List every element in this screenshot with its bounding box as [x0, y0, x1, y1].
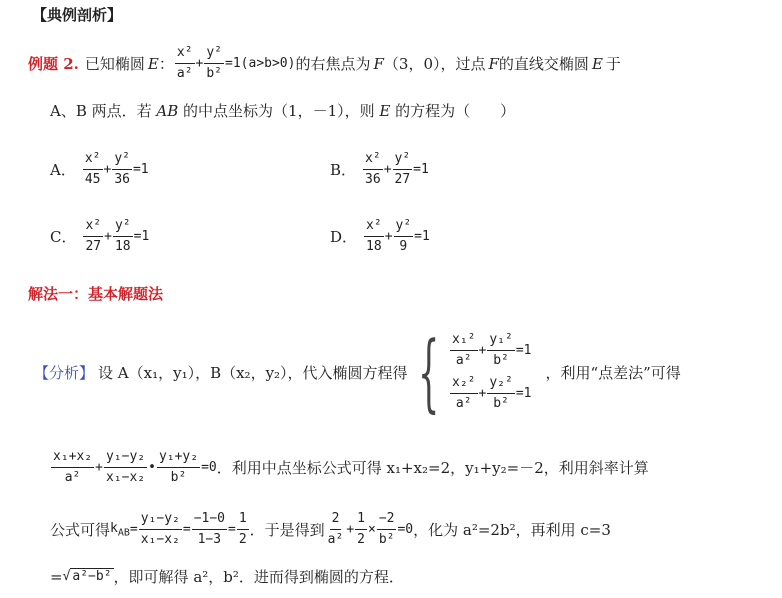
var-E: E [379, 102, 390, 120]
num: −2 [377, 510, 397, 530]
den: b² [204, 64, 224, 83]
den: a² [454, 351, 474, 370]
plus: + [346, 522, 354, 537]
num: x₁+x₂ [51, 448, 94, 468]
var-E: E [592, 55, 603, 73]
rhs: =1 [133, 162, 149, 177]
text: ，利用“点差法”可得 [545, 362, 680, 383]
rhs: =1 [516, 386, 532, 401]
rhs: =1 [414, 229, 430, 244]
k: k [110, 521, 118, 536]
num: y₂² [487, 374, 514, 394]
brace-icon: { [418, 330, 439, 414]
analysis-line-3: 公式可得 kAB = y₁−y₂x₁−x₂ = −1−01−3 = 12 ．于是… [50, 510, 611, 549]
plus: + [196, 56, 204, 71]
text: 于 [606, 53, 621, 74]
text: 的中点坐标为（1，－1），则 [183, 102, 375, 120]
text: 已知椭圆 [85, 53, 145, 74]
text: ： [159, 53, 174, 74]
den: 2 [355, 530, 367, 549]
example-line-2: A、B 两点．若 AB 的中点坐标为（1，－1），则 E 的方程为（ ） [50, 100, 515, 121]
num: y₁+y₂ [157, 448, 200, 468]
num: y₁² [487, 331, 514, 351]
option-a[interactable]: A． x²45+ y²36 =1 [50, 150, 149, 189]
num: x² [175, 44, 195, 64]
equation-system: x₁²a²+ y₁²b² =1 x₂²a²+ y₂²b² =1 [449, 331, 531, 413]
num: y² [113, 217, 133, 237]
text: （3，0），过点 [384, 53, 486, 74]
rhs: =1 [134, 229, 150, 244]
option-label: C． [50, 226, 76, 247]
option-b[interactable]: B． x²36+ y²27 =1 [330, 150, 429, 189]
option-label: D． [330, 226, 357, 247]
rhs: =1 [516, 343, 532, 358]
analysis-line-2: x₁+x₂a²+ y₁−y₂x₁−x₂• y₁+y₂b² =0 ．利用中点坐标公… [50, 448, 649, 487]
option-d[interactable]: D． x²18+ y²9 =1 [330, 217, 430, 256]
radicand: a²−b² [70, 568, 113, 584]
num: x² [363, 150, 383, 170]
example-label: 例题 2. [28, 53, 79, 74]
example-line-1: 例题 2. 已知椭圆 E ： x²a² + y²b² =1(a>b>0) 的右焦… [28, 44, 621, 83]
var-E: E [148, 55, 159, 73]
den: x₁−x₂ [139, 530, 182, 549]
eq: = [130, 522, 138, 537]
section-title: 【典例剖析】 [32, 4, 122, 25]
method-title: 解法一：基本解题法 [28, 283, 163, 304]
num: 1 [237, 510, 249, 530]
den: 18 [113, 237, 133, 256]
den: 18 [364, 237, 384, 256]
num: y² [394, 217, 414, 237]
den: 9 [397, 237, 409, 256]
num: y₁−y₂ [139, 510, 182, 530]
num: 1 [355, 510, 367, 530]
k-sub: AB [118, 527, 130, 538]
den: a² [175, 64, 195, 83]
text: 公式可得 [50, 519, 110, 540]
num: 2 [330, 510, 342, 530]
text: ．于是得到 [250, 519, 325, 540]
den: b² [491, 351, 511, 370]
eq: = [228, 522, 236, 537]
times: × [368, 522, 376, 537]
num: x₂² [450, 374, 477, 394]
text: 的方程为（ ） [395, 102, 515, 120]
num: y₁−y₂ [104, 448, 147, 468]
analysis-line-4: = √a²−b² ，即可解得 a²，b²．进而得到椭圆的方程． [50, 566, 404, 587]
text: A、B 两点．若 [50, 102, 152, 120]
den: 36 [112, 170, 132, 189]
eq: = [50, 568, 63, 586]
den: b² [377, 530, 397, 549]
rhs: =1 [413, 162, 429, 177]
den: a² [326, 530, 346, 549]
sqrt-icon: √a²−b² [63, 569, 114, 584]
text: ．利用中点坐标公式可得 x₁+x₂=2，y₁+y₂=－2，利用斜率计算 [217, 457, 649, 478]
num: y² [393, 150, 413, 170]
den: 1−3 [196, 530, 223, 549]
den: 2 [237, 530, 249, 549]
den: 36 [363, 170, 383, 189]
den: a² [63, 468, 83, 487]
text: 的右焦点为 [295, 53, 370, 74]
option-label: A． [50, 159, 76, 180]
den: 27 [393, 170, 413, 189]
den: 27 [83, 237, 103, 256]
rhs: =0 [397, 522, 413, 537]
den: 45 [83, 170, 103, 189]
var-F: F [373, 55, 383, 73]
rhs: =0 [201, 460, 217, 475]
ellipse-equation: x²a² + y²b² =1(a>b>0) [174, 44, 296, 83]
num: −1−0 [192, 510, 227, 530]
var-AB: AB [156, 102, 178, 120]
den: b² [491, 394, 511, 413]
eq: = [183, 522, 191, 537]
num: x² [83, 150, 103, 170]
num: y² [112, 150, 132, 170]
den: b² [169, 468, 189, 487]
num: x² [364, 217, 384, 237]
text: 的直线交椭圆 [499, 53, 589, 74]
text: 设 A（x₁，y₁），B（x₂，y₂），代入椭圆方程得 [98, 362, 408, 383]
text: ，化为 a²=2b²，再利用 c=3 [413, 519, 611, 540]
num: x₁² [450, 331, 477, 351]
text: ，即可解得 a²，b²．进而得到椭圆的方程． [114, 566, 404, 587]
den: x₁−x₂ [104, 468, 147, 487]
var-F: F [489, 55, 499, 73]
option-c[interactable]: C． x²27+ y²18 =1 [50, 217, 149, 256]
analysis-line-1: 【分析】 设 A（x₁，y₁），B（x₂，y₂），代入椭圆方程得 { x₁²a²… [34, 330, 681, 414]
num: y² [204, 44, 224, 64]
den: a² [454, 394, 474, 413]
rhs: =1(a>b>0) [225, 56, 295, 71]
option-label: B． [330, 159, 356, 180]
num: x² [83, 217, 103, 237]
analysis-label: 【分析】 [34, 362, 94, 383]
